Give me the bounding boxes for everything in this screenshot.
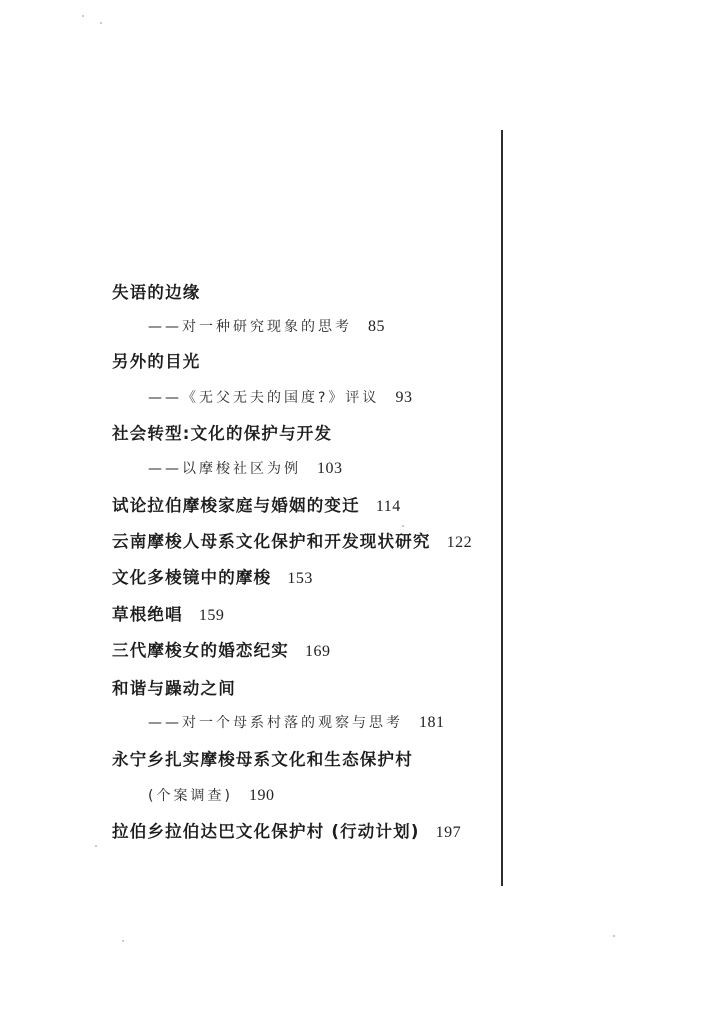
toc-entry-subtitle: (个案调查)190 (148, 786, 274, 806)
page-number: 93 (395, 389, 412, 406)
entry-text: 三代摩梭女的婚恋纪实 (112, 641, 289, 660)
toc-entry-title: 另外的目光 (112, 352, 201, 372)
toc-entry-title: 草根绝唱159 (112, 605, 224, 625)
entry-text: 草根绝唱 (112, 605, 183, 624)
vertical-margin-rule (501, 130, 503, 886)
entry-text: ——对一种研究现象的思考 (148, 319, 352, 335)
page-number: 159 (199, 607, 225, 624)
toc-entry-title: 三代摩梭女的婚恋纪实169 (112, 641, 331, 661)
entry-text: 另外的目光 (112, 352, 201, 371)
scan-speck (100, 22, 102, 24)
entry-text: ——对一个母系村落的观察与思考 (148, 715, 403, 731)
entry-text: 拉伯乡拉伯达巴文化保护村 (行动计划) (112, 822, 420, 841)
toc-entry-title: 云南摩梭人母系文化保护和开发现状研究122 (112, 532, 472, 552)
entry-text: 云南摩梭人母系文化保护和开发现状研究 (112, 532, 431, 551)
scan-speck (122, 940, 124, 942)
toc-entry-title: 拉伯乡拉伯达巴文化保护村 (行动计划)197 (112, 822, 461, 842)
toc-entry-subtitle: ——以摩梭社区为例103 (148, 459, 343, 479)
page-number: 122 (447, 534, 473, 551)
entry-text: 社会转型:文化的保护与开发 (112, 424, 332, 443)
toc-entry-title: 社会转型:文化的保护与开发 (112, 424, 332, 444)
page-number: 190 (249, 787, 275, 804)
toc-entry-title: 永宁乡扎实摩梭母系文化和生态保护村 (112, 750, 413, 770)
entry-text: 试论拉伯摩梭家庭与婚姻的变迁 (112, 496, 360, 515)
toc-entry-title: 失语的边缘 (112, 283, 201, 303)
scan-speck (402, 525, 404, 527)
toc-entry-subtitle: ——对一种研究现象的思考85 (148, 317, 385, 337)
page-number: 114 (376, 498, 401, 515)
page-number: 85 (368, 318, 385, 335)
toc-entry-subtitle: ——对一个母系村落的观察与思考181 (148, 713, 445, 733)
entry-text: ——《无父无夫的国度?》评议 (148, 390, 379, 406)
scan-speck (95, 845, 97, 847)
toc-entry-title: 文化多棱镜中的摩梭153 (112, 568, 313, 588)
page-number: 169 (305, 643, 331, 660)
entry-text: 和谐与躁动之间 (112, 679, 236, 698)
toc-entry-subtitle: ——《无父无夫的国度?》评议93 (148, 388, 412, 408)
entry-text: 永宁乡扎实摩梭母系文化和生态保护村 (112, 750, 413, 769)
page-number: 181 (419, 714, 445, 731)
entry-text: 文化多棱镜中的摩梭 (112, 568, 271, 587)
page-number: 153 (287, 570, 313, 587)
entry-text: ——以摩梭社区为例 (148, 461, 301, 477)
entry-text: (个案调查) (148, 788, 233, 804)
entry-text: 失语的边缘 (112, 283, 201, 302)
page-number: 103 (317, 460, 343, 477)
toc-entry-title: 试论拉伯摩梭家庭与婚姻的变迁114 (112, 496, 401, 516)
scan-speck (613, 935, 615, 937)
document-page: 失语的边缘 ——对一种研究现象的思考85 另外的目光 ——《无父无夫的国度?》评… (0, 0, 701, 1024)
page-number: 197 (436, 824, 462, 841)
scan-speck (82, 15, 84, 17)
toc-entry-title: 和谐与躁动之间 (112, 679, 236, 699)
